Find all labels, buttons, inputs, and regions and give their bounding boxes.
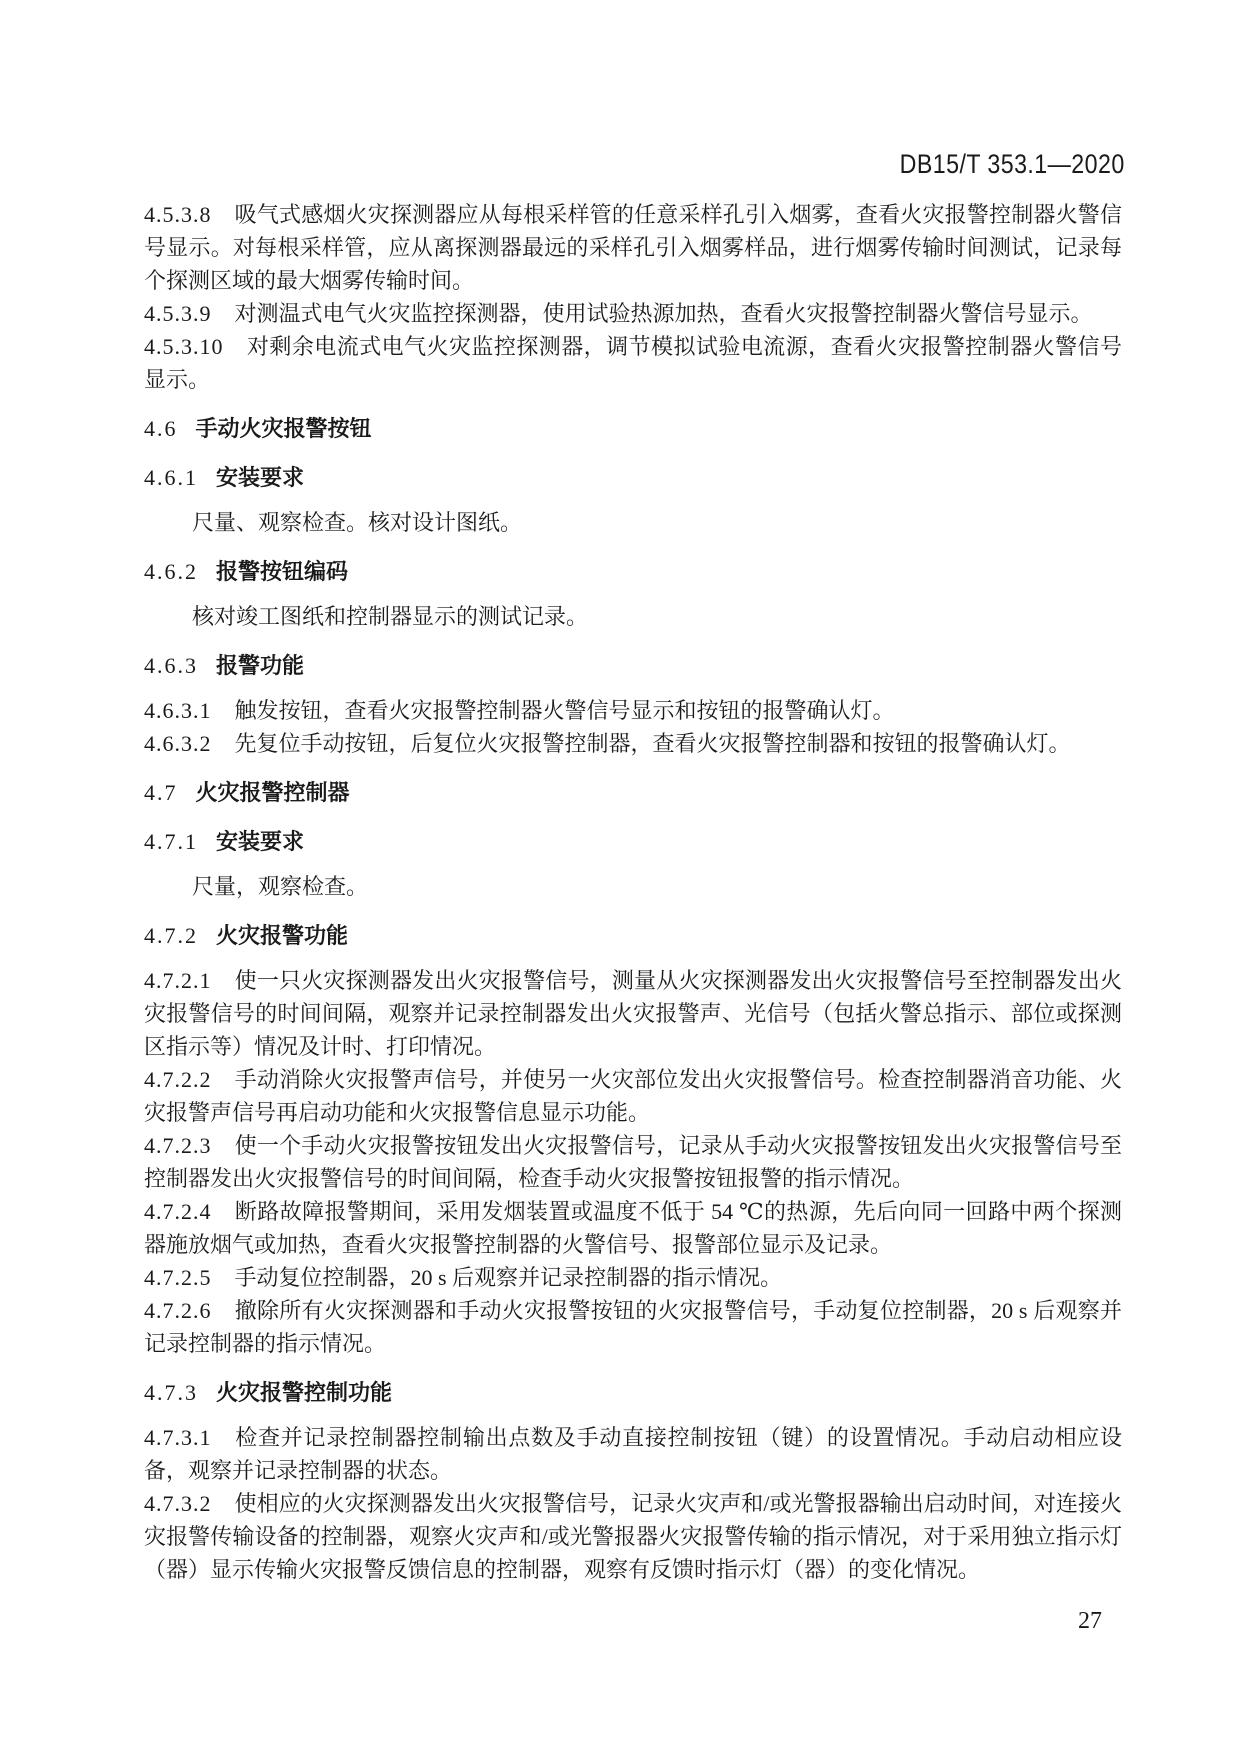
clause-number: 4.7: [144, 780, 178, 805]
document-page: DB15/T 353.1—2020 4.5.3.8吸气式感烟火灾探测器应从每根采…: [0, 0, 1241, 1755]
clause-text: 对测温式电气火灾监控探测器，使用试验热源加热，查看火灾报警控制器火警信号显示。: [235, 301, 1093, 326]
clause-text: 撤除所有火灾探测器和手动火灾报警按钮的火灾报警信号，手动复位控制器，20 s 后…: [144, 1298, 1122, 1356]
clause-paragraph-4-6-3-2: 4.6.3.2先复位手动按钮，后复位火灾报警控制器，查看火灾报警控制器和按钮的报…: [144, 727, 1122, 760]
clause-number: 4.6.3.2: [144, 731, 212, 756]
clause-heading-4-6-3: 4.6.3报警功能: [144, 649, 1122, 682]
clause-number: 4.6.3.1: [144, 698, 212, 723]
clause-number: 4.7.2: [144, 923, 198, 948]
clause-paragraph-4-7-2-3: 4.7.2.3使一个手动火灾报警按钮发出火灾报警信号，记录从手动火灾报警按钮发出…: [144, 1129, 1122, 1195]
clause-number: 4.5.3.10: [144, 334, 224, 359]
clause-number: 4.7.3.2: [144, 1491, 212, 1516]
clause-text: 尺量，观察检查。: [192, 874, 368, 899]
clause-title: 火灾报警控制器: [196, 780, 350, 805]
clause-paragraph-4-7-2-5: 4.7.2.5手动复位控制器，20 s 后观察并记录控制器的指示情况。: [144, 1261, 1122, 1294]
clause-number: 4.7.2.5: [144, 1265, 212, 1290]
clause-number: 4.7.3.1: [144, 1425, 212, 1450]
clause-heading-4-6: 4.6手动火灾报警按钮: [144, 412, 1122, 445]
clause-text: 吸气式感烟火灾探测器应从每根采样管的任意采样孔引入烟雾，查看火灾报警控制器火警信…: [144, 202, 1122, 293]
clause-text: 使一只火灾探测器发出火灾报警信号，测量从火灾探测器发出火灾报警信号至控制器发出火…: [144, 968, 1122, 1059]
clause-text: 检查并记录控制器控制输出点数及手动直接控制按钮（键）的设置情况。手动启动相应设备…: [144, 1425, 1122, 1483]
clause-paragraph-4-7-2-6: 4.7.2.6撤除所有火灾探测器和手动火灾报警按钮的火灾报警信号，手动复位控制器…: [144, 1294, 1122, 1360]
clause-paragraph-4-5-3-8: 4.5.3.8吸气式感烟火灾探测器应从每根采样管的任意采样孔引入烟雾，查看火灾报…: [144, 198, 1122, 297]
clause-heading-4-7-3: 4.7.3火灾报警控制功能: [144, 1376, 1122, 1409]
clause-text: 触发按钮，查看火灾报警控制器火警信号显示和按钮的报警确认灯。: [235, 698, 895, 723]
clause-number: 4.7.2.1: [144, 968, 212, 993]
clause-text: 断路故障报警期间，采用发烟装置或温度不低于 54 ℃的热源，先后向同一回路中两个…: [144, 1199, 1122, 1257]
clause-number: 4.7.1: [144, 829, 198, 854]
clause-text: 手动复位控制器，20 s 后观察并记录控制器的指示情况。: [235, 1265, 783, 1290]
clause-paragraph-4-7-3-1: 4.7.3.1检查并记录控制器控制输出点数及手动直接控制按钮（键）的设置情况。手…: [144, 1421, 1122, 1487]
clause-text: 核对竣工图纸和控制器显示的测试记录。: [192, 604, 588, 629]
clause-heading-4-6-2: 4.6.2报警按钮编码: [144, 555, 1122, 588]
clause-paragraph-text: 核对竣工图纸和控制器显示的测试记录。: [144, 600, 1122, 633]
clause-number: 4.5.3.8: [144, 202, 212, 227]
clause-heading-4-7-1: 4.7.1安装要求: [144, 825, 1122, 858]
clause-paragraph-4-7-2-2: 4.7.2.2手动消除火灾报警声信号，并使另一火灾部位发出火灾报警信号。检查控制…: [144, 1063, 1122, 1129]
clause-title: 报警功能: [216, 653, 304, 678]
clause-text: 手动消除火灾报警声信号，并使另一火灾部位发出火灾报警信号。检查控制器消音功能、火…: [144, 1067, 1122, 1125]
clause-text: 尺量、观察检查。核对设计图纸。: [192, 510, 522, 535]
clause-number: 4.6.3: [144, 653, 198, 678]
clause-number: 4.7.2.6: [144, 1298, 212, 1323]
clause-number: 4.7.2.2: [144, 1067, 212, 1092]
clause-paragraph-4-5-3-10: 4.5.3.10对剩余电流式电气火灾监控探测器，调节模拟试验电流源，查看火灾报警…: [144, 330, 1122, 396]
clause-paragraph-4-6-3-1: 4.6.3.1触发按钮，查看火灾报警控制器火警信号显示和按钮的报警确认灯。: [144, 694, 1122, 727]
clause-number: 4.7.2.3: [144, 1133, 212, 1158]
page-number: 27: [1078, 1608, 1102, 1635]
clause-number: 4.7.2.4: [144, 1199, 212, 1224]
clause-number: 4.6.1: [144, 465, 198, 490]
clause-title: 报警按钮编码: [216, 559, 348, 584]
clause-title: 安装要求: [216, 465, 304, 490]
clause-number: 4.7.3: [144, 1380, 198, 1405]
clause-paragraph-text: 尺量，观察检查。: [144, 870, 1122, 903]
clause-heading-4-6-1: 4.6.1安装要求: [144, 461, 1122, 494]
clause-title: 手动火灾报警按钮: [196, 416, 372, 441]
document-body: 4.5.3.8吸气式感烟火灾探测器应从每根采样管的任意采样孔引入烟雾，查看火灾报…: [144, 198, 1122, 1586]
standard-number-header: DB15/T 353.1—2020: [900, 149, 1125, 180]
clause-paragraph-4-7-2-4: 4.7.2.4断路故障报警期间，采用发烟装置或温度不低于 54 ℃的热源，先后向…: [144, 1195, 1122, 1261]
clause-text: 先复位手动按钮，后复位火灾报警控制器，查看火灾报警控制器和按钮的报警确认灯。: [235, 731, 1071, 756]
clause-heading-4-7: 4.7火灾报警控制器: [144, 776, 1122, 809]
clause-paragraph-4-7-3-2: 4.7.3.2使相应的火灾探测器发出火灾报警信号，记录火灾声和/或光警报器输出启…: [144, 1487, 1122, 1586]
clause-title: 火灾报警控制功能: [216, 1380, 392, 1405]
clause-number: 4.6.2: [144, 559, 198, 584]
clause-text: 使一个手动火灾报警按钮发出火灾报警信号，记录从手动火灾报警按钮发出火灾报警信号至…: [144, 1133, 1122, 1191]
clause-heading-4-7-2: 4.7.2火灾报警功能: [144, 919, 1122, 952]
clause-text: 使相应的火灾探测器发出火灾报警信号，记录火灾声和/或光警报器输出启动时间，对连接…: [144, 1491, 1122, 1582]
clause-paragraph-4-7-2-1: 4.7.2.1使一只火灾探测器发出火灾报警信号，测量从火灾探测器发出火灾报警信号…: [144, 964, 1122, 1063]
clause-paragraph-text: 尺量、观察检查。核对设计图纸。: [144, 506, 1122, 539]
clause-paragraph-4-5-3-9: 4.5.3.9对测温式电气火灾监控探测器，使用试验热源加热，查看火灾报警控制器火…: [144, 297, 1122, 330]
clause-number: 4.6: [144, 416, 178, 441]
clause-text: 对剩余电流式电气火灾监控探测器，调节模拟试验电流源，查看火灾报警控制器火警信号显…: [144, 334, 1122, 392]
clause-title: 安装要求: [216, 829, 304, 854]
clause-title: 火灾报警功能: [216, 923, 348, 948]
clause-number: 4.5.3.9: [144, 301, 212, 326]
